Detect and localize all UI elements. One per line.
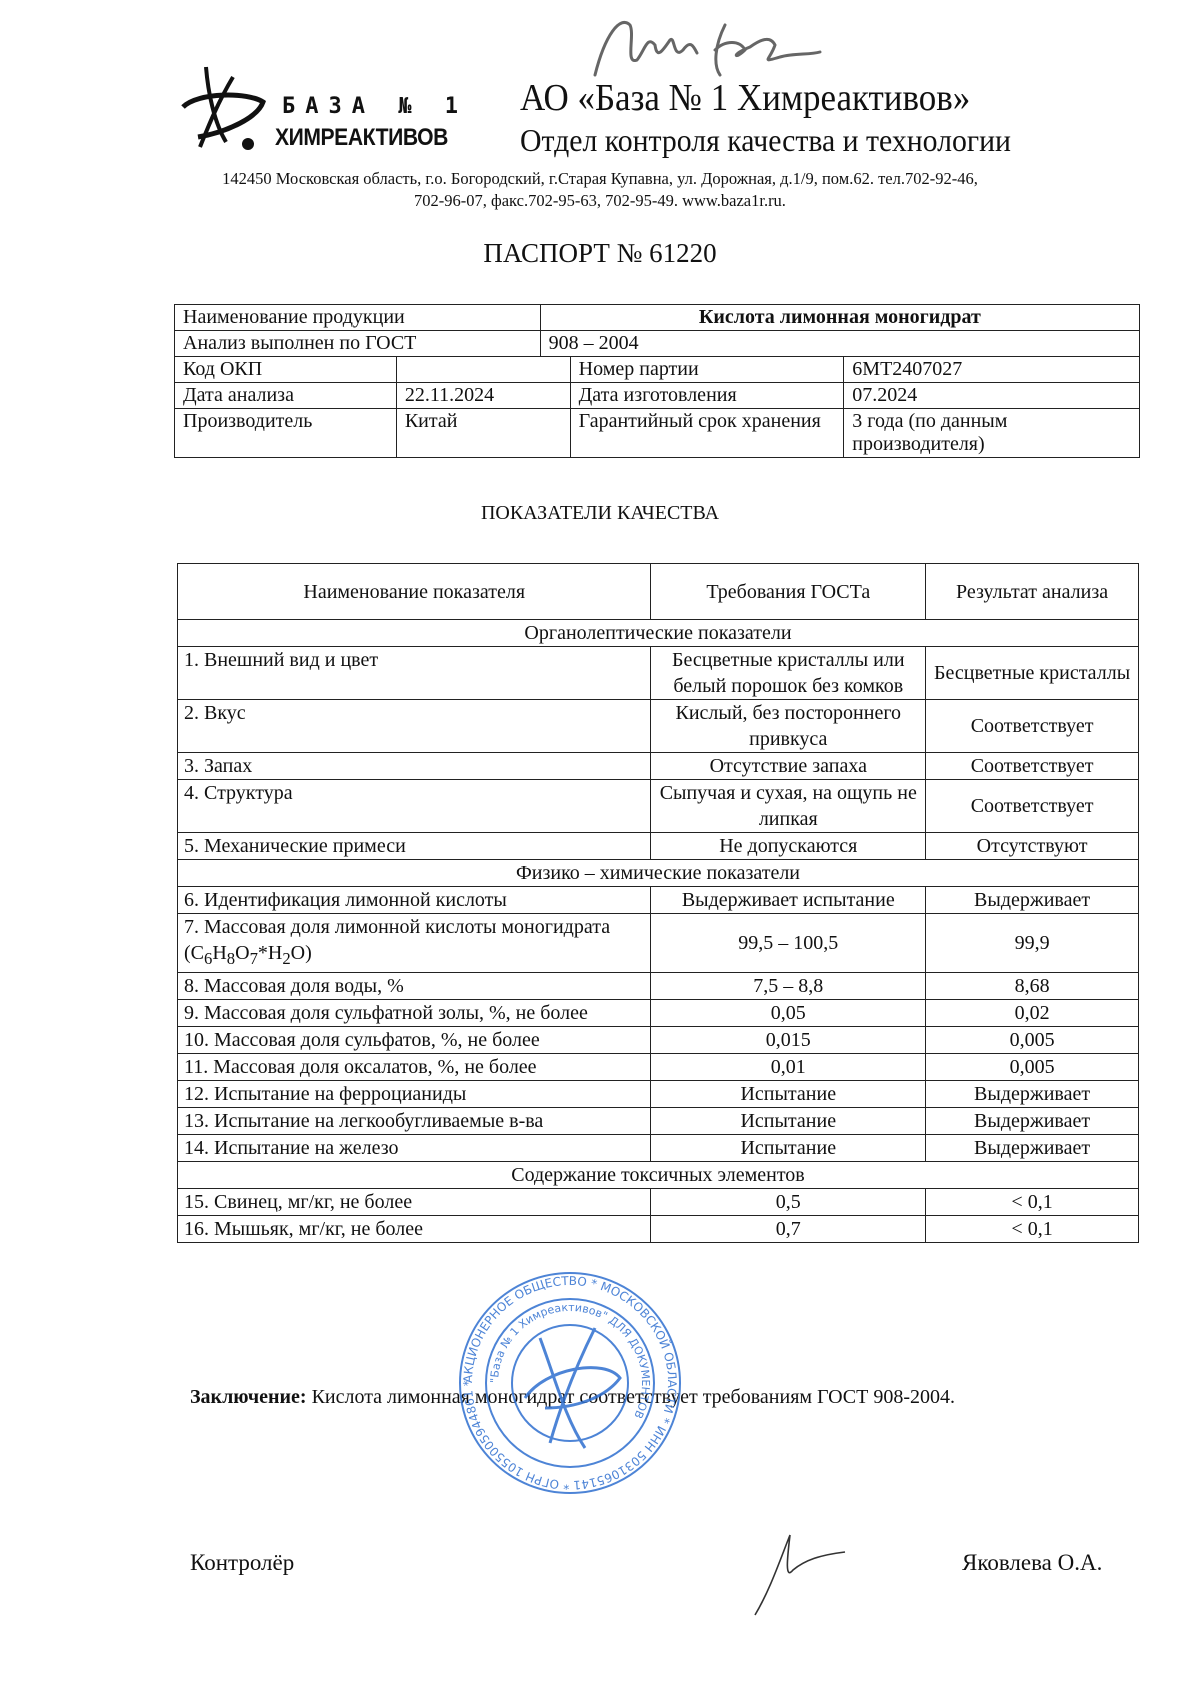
table-row: 12. Испытание на ферроцианидыИспытаниеВы…: [178, 1081, 1139, 1108]
product-info-table: Наименование продукции Кислота лимонная …: [174, 304, 1140, 458]
analysis-result: 0,02: [926, 1000, 1139, 1027]
table-row: 1. Внешний вид и цветБесцветные кристалл…: [178, 647, 1139, 700]
gost-requirement: Кислый, без постороннего привкуса: [651, 700, 926, 753]
table-row: 8. Массовая доля воды, %7,5 – 8,88,68: [178, 973, 1139, 1000]
company-address: 142450 Московская область, г.о. Богородс…: [0, 168, 1200, 212]
indicator-name: 6. Идентификация лимонной кислоты: [178, 887, 651, 914]
shelf-life-label: Гарантийный срок хранения: [570, 409, 844, 458]
table-row: 11. Массовая доля оксалатов, %, не более…: [178, 1054, 1139, 1081]
logo-line1: БАЗА № 1: [282, 94, 468, 119]
indicator-name: 11. Массовая доля оксалатов, %, не более: [178, 1054, 651, 1081]
stamp-inner-text: "База № 1 Химреактивов" ДЛЯ ДОКУМЕНТОВ: [488, 1301, 652, 1421]
manufacturer-label: Производитель: [175, 409, 397, 458]
indicator-name: 2. Вкус: [178, 700, 651, 753]
controller-name: Яковлева О.А.: [962, 1550, 1102, 1576]
company-title: АО «База № 1 Химреактивов»: [520, 76, 970, 120]
indicator-name: 5. Механические примеси: [178, 833, 651, 860]
analysis-result: Выдерживает: [926, 1135, 1139, 1162]
indicator-name: 3. Запах: [178, 753, 651, 780]
column-header: Требования ГОСТа: [651, 564, 926, 620]
gost-requirement: 7,5 – 8,8: [651, 973, 926, 1000]
indicator-name: 14. Испытание на железо: [178, 1135, 651, 1162]
table-row: 10. Массовая доля сульфатов, %, не более…: [178, 1027, 1139, 1054]
svg-text:"База № 1 Химреактивов" ДЛЯ ДО: "База № 1 Химреактивов" ДЛЯ ДОКУМЕНТОВ: [488, 1301, 652, 1421]
shelf-life-value: 3 года (по данным производителя): [844, 409, 1140, 458]
table-row: 15. Свинец, мг/кг, не более0,5< 0,1: [178, 1189, 1139, 1216]
product-label: Наименование продукции: [175, 305, 541, 331]
gost-requirement: 99,5 – 100,5: [651, 914, 926, 973]
indicator-name: 9. Массовая доля сульфатной золы, %, не …: [178, 1000, 651, 1027]
gost-requirement: Выдерживает испытание: [651, 887, 926, 914]
table-row: 16. Мышьяк, мг/кг, не более0,7< 0,1: [178, 1216, 1139, 1243]
manufacturer-value: Китай: [396, 409, 570, 458]
analysis-date-label: Дата анализа: [175, 383, 397, 409]
company-logo-icon: [178, 62, 268, 157]
group-header-row: Физико – химические показатели: [178, 860, 1139, 887]
gost-requirement: Не допускаются: [651, 833, 926, 860]
department-title: Отдел контроля качества и технологии: [520, 122, 1011, 159]
table-row: 14. Испытание на железоИспытаниеВыдержив…: [178, 1135, 1139, 1162]
address-line-2: 702-96-07, факс.702-95-63, 702-95-49. ww…: [0, 190, 1200, 212]
batch-label: Номер партии: [570, 357, 844, 383]
gost-value: 908 – 2004: [540, 331, 1139, 357]
gost-requirement: 0,05: [651, 1000, 926, 1027]
indicator-name: 8. Массовая доля воды, %: [178, 973, 651, 1000]
column-header: Наименование показателя: [178, 564, 651, 620]
manufacture-date-value: 07.2024: [844, 383, 1140, 409]
info-row-dates: Дата анализа 22.11.2024 Дата изготовлени…: [175, 383, 1140, 409]
manufacture-date-label: Дата изготовления: [570, 383, 844, 409]
quality-indicators-table: Наименование показателяТребования ГОСТаР…: [177, 563, 1139, 1243]
gost-requirement: Испытание: [651, 1108, 926, 1135]
logo-line2: ХИМРЕАКТИВОВ: [275, 124, 448, 152]
indicator-name: 15. Свинец, мг/кг, не более: [178, 1189, 651, 1216]
analysis-result: 99,9: [926, 914, 1139, 973]
gost-requirement: Бесцветные кристаллы или белый порошок б…: [651, 647, 926, 700]
table-row: 3. ЗапахОтсутствие запахаСоответствует: [178, 753, 1139, 780]
group-header-row: Содержание токсичных элементов: [178, 1162, 1139, 1189]
analysis-result: Соответствует: [926, 780, 1139, 833]
quality-header-row: Наименование показателяТребования ГОСТаР…: [178, 564, 1139, 620]
table-row: 5. Механические примесиНе допускаютсяОтс…: [178, 833, 1139, 860]
info-row-gost: Анализ выполнен по ГОСТ 908 – 2004: [175, 331, 1140, 357]
quality-section-title: ПОКАЗАТЕЛИ КАЧЕСТВА: [0, 502, 1200, 525]
okp-value: [396, 357, 570, 383]
column-header: Результат анализа: [926, 564, 1139, 620]
gost-label: Анализ выполнен по ГОСТ: [175, 331, 541, 357]
company-stamp: АКЦИОНЕРНОЕ ОБЩЕСТВО * МОСКОВСКОЙ ОБЛАСТ…: [455, 1268, 685, 1498]
table-row: 2. ВкусКислый, без постороннего привкуса…: [178, 700, 1139, 753]
indicator-name: 1. Внешний вид и цвет: [178, 647, 651, 700]
analysis-date-value: 22.11.2024: [396, 383, 570, 409]
indicator-name: 4. Структура: [178, 780, 651, 833]
analysis-result: < 0,1: [926, 1189, 1139, 1216]
analysis-result: Выдерживает: [926, 887, 1139, 914]
table-row: 9. Массовая доля сульфатной золы, %, не …: [178, 1000, 1139, 1027]
group-title: Физико – химические показатели: [178, 860, 1139, 887]
analysis-result: Соответствует: [926, 753, 1139, 780]
info-row-product: Наименование продукции Кислота лимонная …: [175, 305, 1140, 331]
group-title: Содержание токсичных элементов: [178, 1162, 1139, 1189]
product-value: Кислота лимонная моногидрат: [540, 305, 1139, 331]
gost-requirement: Отсутствие запаха: [651, 753, 926, 780]
gost-requirement: 0,5: [651, 1189, 926, 1216]
group-title: Органолептические показатели: [178, 620, 1139, 647]
analysis-result: 0,005: [926, 1054, 1139, 1081]
table-row: 7. Массовая доля лимонной кислоты моноги…: [178, 914, 1139, 973]
passport-title: ПАСПОРТ № 61220: [0, 238, 1200, 269]
indicator-name: 7. Массовая доля лимонной кислоты моноги…: [178, 914, 651, 973]
table-row: 4. СтруктураСыпучая и сухая, на ощупь не…: [178, 780, 1139, 833]
gost-requirement: Испытание: [651, 1081, 926, 1108]
indicator-name: 12. Испытание на ферроцианиды: [178, 1081, 651, 1108]
analysis-result: Бесцветные кристаллы: [926, 647, 1139, 700]
analysis-result: Выдерживает: [926, 1108, 1139, 1135]
gost-requirement: Сыпучая и сухая, на ощупь не липкая: [651, 780, 926, 833]
table-row: 6. Идентификация лимонной кислотыВыдержи…: [178, 887, 1139, 914]
controller-signature: [745, 1530, 865, 1620]
analysis-result: 8,68: [926, 973, 1139, 1000]
indicator-name: 10. Массовая доля сульфатов, %, не более: [178, 1027, 651, 1054]
conclusion-label: Заключение:: [190, 1386, 307, 1408]
analysis-result: Выдерживает: [926, 1081, 1139, 1108]
gost-requirement: Испытание: [651, 1135, 926, 1162]
okp-label: Код ОКП: [175, 357, 397, 383]
analysis-result: < 0,1: [926, 1216, 1139, 1243]
gost-requirement: 0,015: [651, 1027, 926, 1054]
indicator-name: 16. Мышьяк, мг/кг, не более: [178, 1216, 651, 1243]
address-line-1: 142450 Московская область, г.о. Богородс…: [0, 168, 1200, 190]
analysis-result: Отсутствуют: [926, 833, 1139, 860]
controller-label: Контролёр: [190, 1550, 294, 1576]
analysis-result: Соответствует: [926, 700, 1139, 753]
batch-value: 6MT2407027: [844, 357, 1140, 383]
gost-requirement: 0,01: [651, 1054, 926, 1081]
info-row-manufacturer: Производитель Китай Гарантийный срок хра…: [175, 409, 1140, 458]
gost-requirement: 0,7: [651, 1216, 926, 1243]
analysis-result: 0,005: [926, 1027, 1139, 1054]
info-row-okp: Код ОКП Номер партии 6MT2407027: [175, 357, 1140, 383]
table-row: 13. Испытание на легкообугливаемые в-ваИ…: [178, 1108, 1139, 1135]
group-header-row: Органолептические показатели: [178, 620, 1139, 647]
indicator-name: 13. Испытание на легкообугливаемые в-ва: [178, 1108, 651, 1135]
